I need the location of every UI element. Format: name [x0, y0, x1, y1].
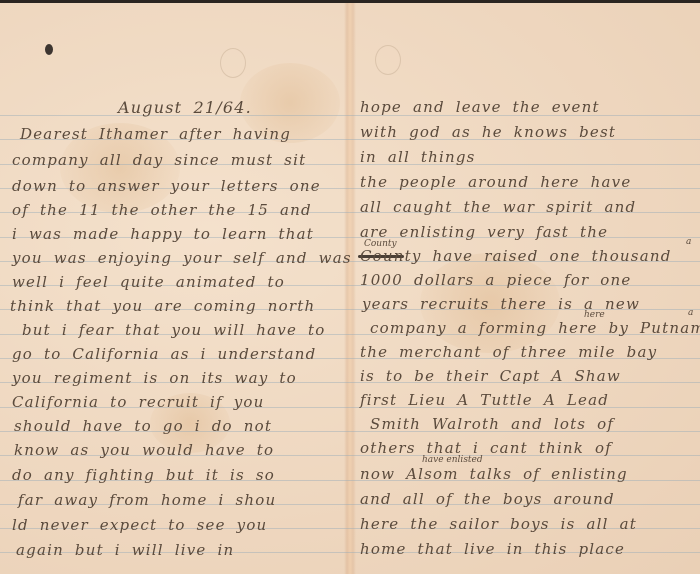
letter-line: i was made happy to learn that: [12, 225, 314, 243]
letter-sheet: August 21/64. Dearest Ithamer after havi…: [0, 3, 700, 574]
letter-line: company all day since must sit: [12, 151, 306, 169]
insertion-a: a: [688, 308, 693, 318]
letter-line: home that live in this place: [360, 540, 625, 558]
letter-line: Dearest Ithamer after having: [20, 125, 291, 143]
letter-line: in all things: [360, 148, 476, 166]
letter-line: of the 11 the other the 15 and: [12, 201, 312, 219]
letter-line: you was enjoying your self and was: [12, 249, 352, 267]
letter-line: you regiment is on its way to: [12, 369, 297, 387]
letter-line: do any fighting but it is so: [12, 466, 275, 484]
insertion-have-enlisted: have enlisted: [422, 455, 483, 465]
letter-line: now Alsom talks of enlisting: [360, 465, 628, 483]
letter-line: first Lieu A Tuttle A Lead: [360, 391, 609, 409]
letter-line: County have raised one thousand: [360, 247, 672, 265]
letter-line: California to recruit if you: [12, 393, 265, 411]
letter-line: again but i will live in: [16, 541, 234, 559]
letter-line: and all of the boys around: [360, 490, 615, 508]
letter-line: are enlisting very fast the: [360, 223, 608, 241]
letter-line: 1000 dollars a piece for one: [360, 271, 631, 289]
letter-line: ld never expect to see you: [12, 516, 267, 534]
letter-line: Smith Walroth and lots of: [370, 415, 614, 433]
letter-line: company a forming here by Putnam: [370, 319, 700, 337]
letter-line: the people around here have: [360, 173, 631, 191]
letter-line: know as you would have to: [14, 441, 274, 459]
letter-line: well i feel quite animated to: [12, 273, 285, 291]
letter-line: others that i cant think of: [360, 439, 612, 457]
letter-line: down to answer your letters one: [12, 177, 321, 195]
letter-line: with god as he knows best: [360, 123, 616, 141]
letter-line: go to California as i understand: [12, 345, 316, 363]
letter-line: the merchant of three mile bay: [360, 343, 657, 361]
letter-line: here the sailor boys is all at: [360, 515, 637, 533]
left-page: August 21/64. Dearest Ithamer after havi…: [0, 3, 346, 574]
letter-line: all caught the war spirit and: [360, 198, 636, 216]
right-page: hope and leave the event with god as he …: [352, 3, 700, 574]
date-line: August 21/64.: [118, 98, 252, 117]
letter-line: is to be their Capt A Shaw: [360, 367, 621, 385]
letter-line: far away from home i shou: [18, 491, 276, 509]
letter-line: should have to go i do not: [14, 417, 272, 435]
letter-line: think that you are coming north: [10, 297, 315, 315]
letter-line: hope and leave the event: [360, 98, 600, 116]
insertion-a: a: [686, 237, 691, 247]
letter-line: but i fear that you will have to: [22, 321, 325, 339]
